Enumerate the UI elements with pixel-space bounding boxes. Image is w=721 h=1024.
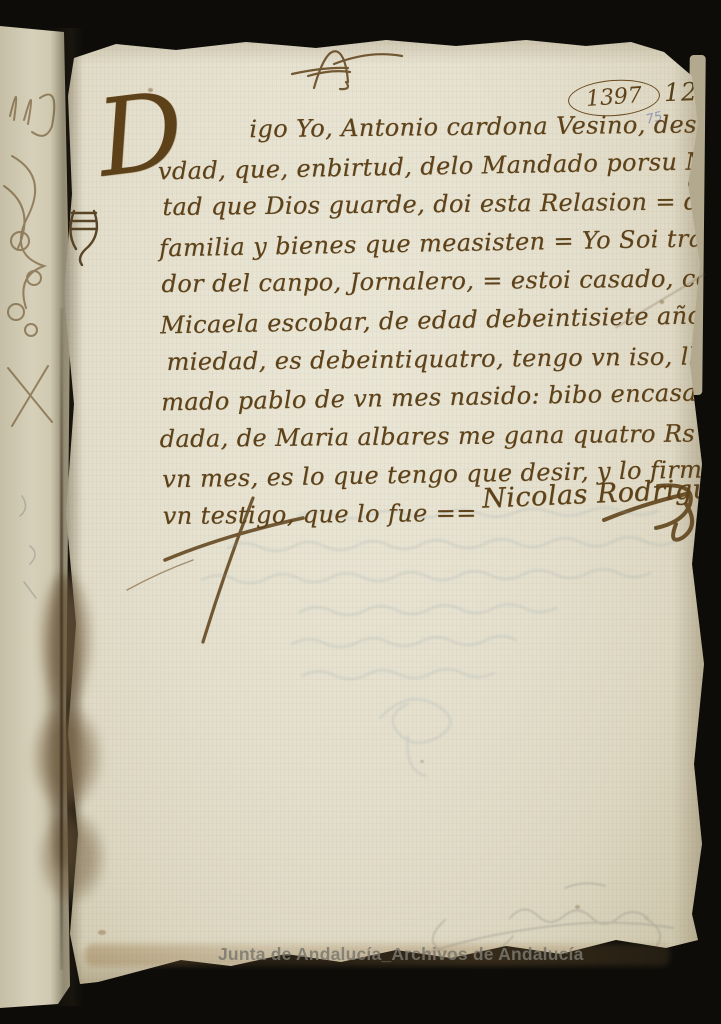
manuscript-page: 1397 1242 75 D igo Yo, Antonio cardona V… bbox=[56, 34, 706, 992]
foxing-spot bbox=[98, 930, 106, 935]
margin-rubric-mark bbox=[64, 203, 104, 269]
previous-page-scribbles bbox=[0, 26, 70, 1006]
new-folio-number: 1242 bbox=[664, 77, 721, 107]
manuscript-scan: 1397 1242 75 D igo Yo, Antonio cardona V… bbox=[0, 0, 721, 1024]
manuscript-text-block: igo Yo, Antonio cardona Vesino, desta Ci… bbox=[157, 104, 721, 537]
previous-page-edge bbox=[0, 26, 70, 1008]
invocation-cross-mark bbox=[288, 40, 418, 92]
archive-watermark: Junta de Andalucía_Archivos de Andalucía bbox=[218, 944, 584, 965]
foxing-spot bbox=[575, 905, 580, 909]
foxing-spot bbox=[420, 760, 424, 763]
foxing-spot bbox=[660, 300, 664, 304]
foxing-spot bbox=[148, 88, 153, 92]
